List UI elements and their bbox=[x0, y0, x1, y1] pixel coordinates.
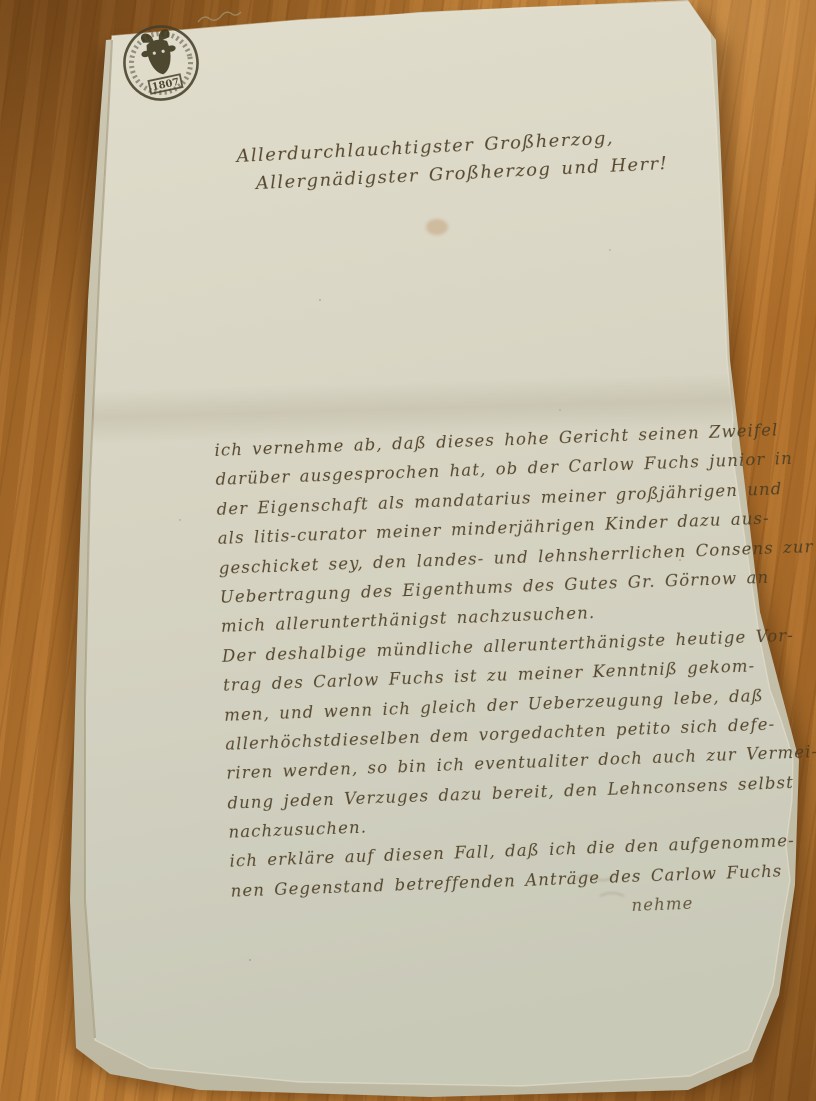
letter-body: ich vernehme ab, daß dieses hohe Gericht… bbox=[214, 414, 816, 935]
pencil-scribble bbox=[198, 12, 241, 22]
photo-scene: 1807 Allerdurchlauchtigster Großherzog, … bbox=[0, 0, 816, 1101]
paper-stain bbox=[426, 219, 448, 235]
